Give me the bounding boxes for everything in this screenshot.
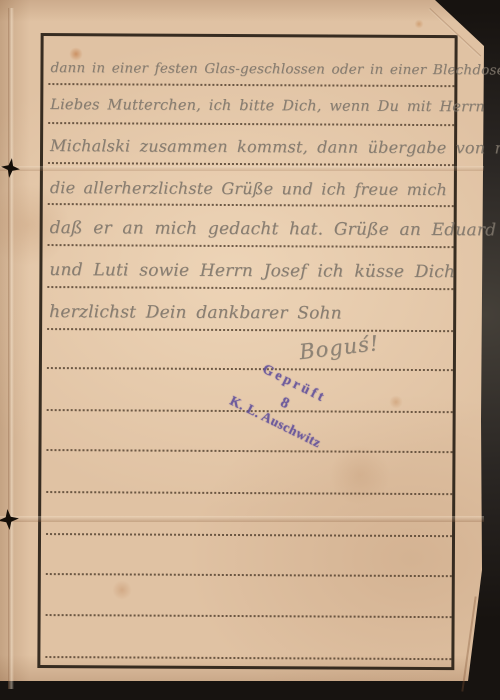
letter-content: dann in einer festen Glas-geschlossen od… — [0, 0, 500, 700]
letter-line: daß er an mich gedacht hat. Grüße an Edu… — [50, 218, 497, 240]
letter-line: die allerherzlichste Grüße und ich freue… — [50, 178, 447, 199]
letter-line: herzlichst Dein dankbarer Sohn — [49, 302, 342, 324]
letter-line: Michalski zusammen kommst, dann übergabe… — [50, 136, 500, 157]
scanned-letter-page: dann in einer festen Glas-geschlossen od… — [0, 0, 500, 700]
letter-line: dann in einer festen Glas-geschlossen od… — [50, 60, 500, 78]
letter-line: Liebes Mutterchen, ich bitte Dich, wenn … — [50, 97, 485, 115]
letter-line: und Luti sowie Herrn Josef ich küsse Dic… — [49, 260, 455, 282]
